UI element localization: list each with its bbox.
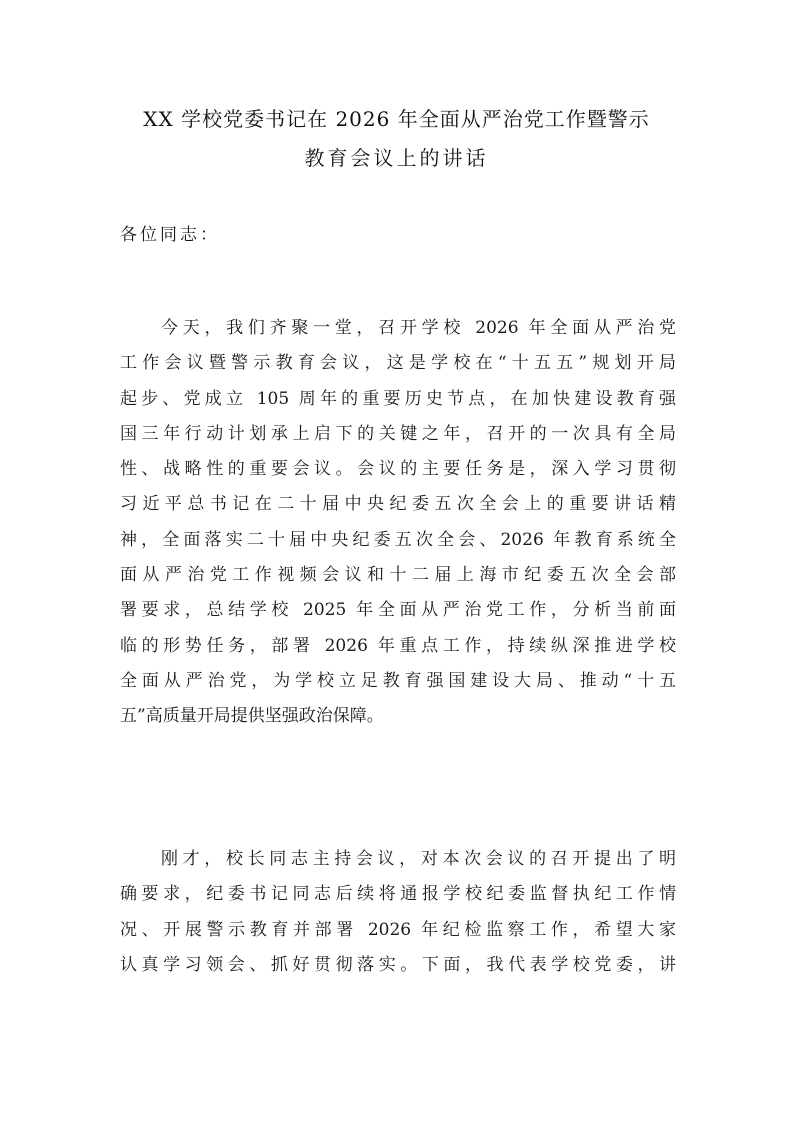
paragraph-1: 今天，我们齐聚一堂，召开学校 2026 年全面从严治党 工作会议暨警示教育会议，…: [120, 311, 676, 735]
paragraph-line: 神，全面落实二十届中央纪委五次全会、2026 年教育系统全: [120, 523, 676, 558]
paragraph-line: 起步、党成立 105 周年的重要历史节点，在加快建设教育强: [120, 382, 676, 417]
paragraph-line: 认真学习领会、抓好贯彻落实。下面，我代表学校党委，讲: [120, 948, 676, 983]
paragraph-line: 五”高质量开局提供坚强政治保障。: [120, 699, 676, 734]
paragraph-line: 面从严治党工作视频会议和十二届上海市纪委五次全会部: [120, 558, 676, 593]
title-line-2: 教育会议上的讲话: [100, 138, 693, 178]
paragraph-line: 临的形势任务，部署 2026 年重点工作，持续纵深推进学校: [120, 629, 676, 664]
paragraph-2: 刚才，校长同志主持会议，对本次会议的召开提出了明 确要求，纪委书记同志后续将通报…: [120, 842, 676, 983]
paragraph-line: 国三年行动计划承上启下的关键之年，召开的一次具有全局: [120, 417, 676, 452]
document-page: XX 学校党委书记在 2026 年全面从严治党工作暨警示 教育会议上的讲话 各位…: [0, 0, 793, 1122]
paragraph-line: 署要求，总结学校 2025 年全面从严治党工作，分析当前面: [120, 593, 676, 628]
salutation: 各位同志：: [120, 223, 220, 247]
title-line-1: XX 学校党委书记在 2026 年全面从严治党工作暨警示: [100, 99, 693, 139]
paragraph-line: 性、战略性的重要会议。会议的主要任务是，深入学习贯彻: [120, 452, 676, 487]
paragraph-line: 刚才，校长同志主持会议，对本次会议的召开提出了明: [120, 842, 676, 877]
paragraph-line: 全面从严治党，为学校立足教育强国建设大局、推动“十五: [120, 664, 676, 699]
paragraph-line: 今天，我们齐聚一堂，召开学校 2026 年全面从严治党: [120, 311, 676, 346]
paragraph-line: 习近平总书记在二十届中央纪委五次全会上的重要讲话精: [120, 487, 676, 522]
paragraph-line: 况、开展警示教育并部署 2026 年纪检监察工作，希望大家: [120, 913, 676, 948]
paragraph-line: 确要求，纪委书记同志后续将通报学校纪委监督执纪工作情: [120, 877, 676, 912]
paragraph-line: 工作会议暨警示教育会议，这是学校在“十五五”规划开局: [120, 346, 676, 381]
